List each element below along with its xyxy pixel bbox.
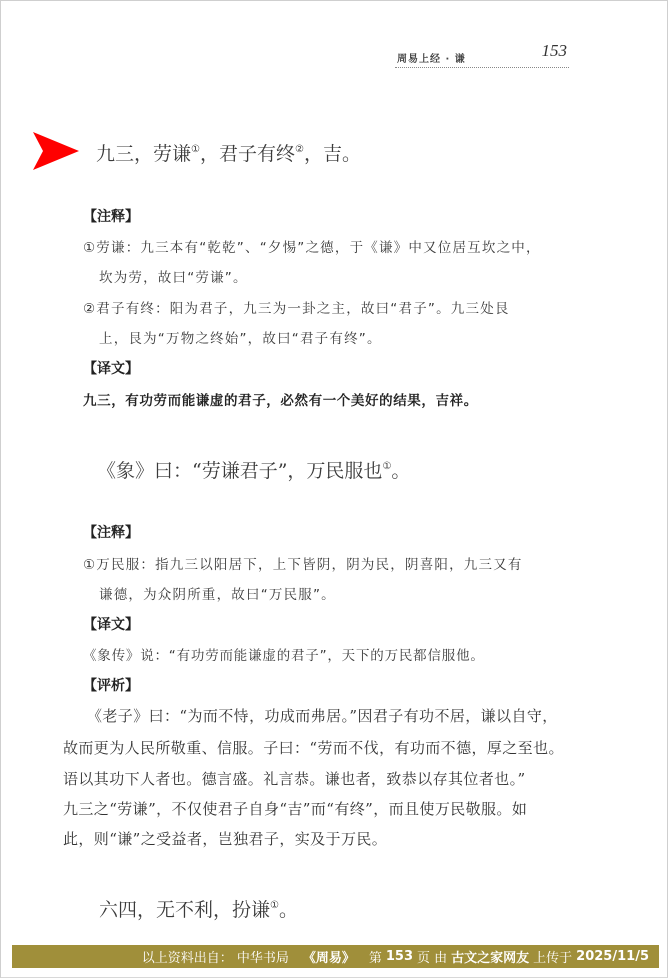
source-page-number: 153 <box>386 949 413 964</box>
commentary-line: 《老子》曰：“为而不恃，功成而弗居。”因君子有功不居，谦以自守， <box>87 705 558 726</box>
running-head: 周易上经 · 谦 153 <box>395 41 569 68</box>
translation-heading: 【译文】 <box>83 614 139 634</box>
note-line: ②君子有终：阳为君子，九三为一卦之主，故曰“君子”。九三处艮 <box>83 297 510 317</box>
footnote-ref: ① <box>191 144 200 155</box>
verse-liusi: 六四，无不利，扮谦①。 <box>99 895 298 922</box>
notes-heading: 【注释】 <box>83 522 139 542</box>
note-line: 坎为劳，故曰“劳谦”。 <box>99 266 248 286</box>
verse-jiusan: 九三，劳谦①，君子有终②，吉。 <box>96 139 361 166</box>
verse-xiang: 《象》曰：“劳谦君子”，万民服也①。 <box>97 456 410 483</box>
notes-heading: 【注释】 <box>83 206 139 226</box>
translation-text: 九三，有功劳而能谦虚的君子，必然有一个美好的结果，吉祥。 <box>83 389 478 409</box>
upload-date: 2025/11/5 <box>576 949 649 964</box>
page-frame: 周易上经 · 谦 153 九三，劳谦①，君子有终②，吉。 【注释】 ①劳谦：九三… <box>0 0 668 978</box>
commentary-line: 故而更为人民所敬重、信服。子曰：“劳而不伐，有功而不德，厚之至也。 <box>63 737 564 758</box>
commentary-line: 此，则“谦”之受益者，岂独君子，实及于万民。 <box>63 828 387 849</box>
footnote-ref: ① <box>270 900 279 911</box>
footnote-ref: ② <box>295 144 304 155</box>
commentary-heading: 【评析】 <box>83 675 139 695</box>
note-line: ①劳谦：九三本有“乾乾”、“夕惕”之德，于《谦》中又位居互坎之中， <box>83 236 541 256</box>
commentary-line: 九三之“劳谦”，不仅使君子自身“吉”而“有终”，而且使万民敬服。如 <box>63 798 527 819</box>
translation-heading: 【译文】 <box>83 358 139 378</box>
source-banner: 以上资料出自： 中华书局 《周易》 第 153 页 由 古文之家网友 上传于 2… <box>12 945 659 968</box>
translation-text: 《象传》说：“有功劳而能谦虚的君子”，天下的万民都信服他。 <box>83 644 485 664</box>
page-number: 153 <box>542 41 568 61</box>
note-line: 谦德，为众阴所重，故曰“万民服”。 <box>99 583 336 603</box>
note-line: 上，艮为“万物之终始”，故曰“君子有终”。 <box>99 327 382 347</box>
uploader-link[interactable]: 古文之家网友 <box>451 947 529 966</box>
red-arrow-pointer-icon <box>33 132 79 170</box>
book-title-link[interactable]: 《周易》 <box>303 947 355 966</box>
commentary-line: 语以其功下人者也。德言盛。礼言恭。谦也者，致恭以存其位者也。” <box>63 768 526 789</box>
running-head-section: 周易上经 · 谦 <box>397 50 466 65</box>
note-line: ①万民服：指九三以阳居下，上下皆阴，阴为民，阴喜阳，九三又有 <box>83 553 523 573</box>
publisher-link[interactable]: 中华书局 <box>237 947 289 966</box>
